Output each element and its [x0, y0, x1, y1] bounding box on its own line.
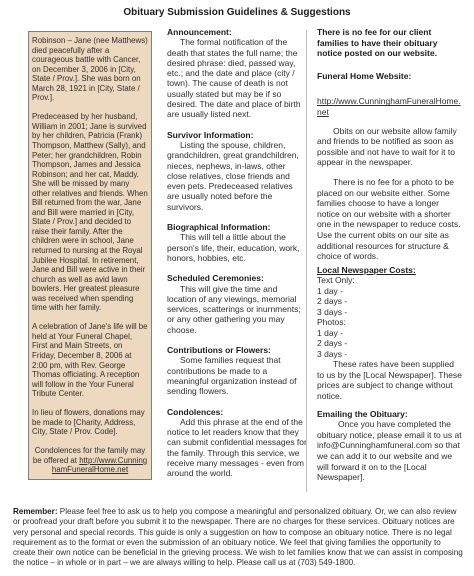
cost-line: 1 day -	[317, 328, 463, 339]
cost-line: 3 days -	[317, 349, 463, 360]
cost-line: 3 days -	[317, 307, 463, 318]
newspaper-costs-list: Text Only: 1 day - 2 days - 3 days - Pho…	[317, 275, 463, 359]
example-paragraph: Robinson – Jane (nee Matthews) died peac…	[32, 36, 148, 103]
footer-text: Please feel free to ask us to help you c…	[13, 507, 463, 567]
section-body: The formal notification of the death tha…	[167, 37, 307, 119]
cost-line: Photos:	[317, 317, 463, 328]
emailing-obituary-heading: Emailing the Obituary:	[317, 409, 463, 420]
obituary-guidelines-page: Obituary Submission Guidelines & Suggest…	[0, 0, 474, 576]
example-obituary-box: Robinson – Jane (nee Matthews) died peac…	[28, 31, 152, 480]
section-heading: Biographical Information:	[167, 222, 307, 232]
condolence-note-block: Condolences for the family may be offere…	[32, 446, 148, 475]
example-paragraph: In lieu of flowers, donations may be mad…	[32, 408, 148, 437]
example-paragraph: A celebration of Jane's life will be hel…	[32, 322, 148, 398]
photo-paragraph: There is no fee for a photo to be placed…	[317, 177, 463, 262]
section-heading: Survivor Information:	[167, 130, 307, 140]
section-body: Some families request that contributions…	[167, 355, 307, 396]
cost-line: 2 days -	[317, 338, 463, 349]
emailing-text: Once you have completed the obituary not…	[317, 419, 462, 440]
email-address[interactable]: info@Cunninghamfuneral.com	[317, 440, 432, 450]
local-newspaper-costs-heading: Local Newspaper Costs:	[317, 265, 463, 276]
obits-paragraph: Obits on our website allow family and fr…	[317, 126, 463, 168]
section-condolences: Condolences: Add this phrase at the end …	[167, 407, 307, 479]
rates-note: These rates have been supplied to us by …	[317, 359, 463, 401]
no-fee-intro: There is no fee for our client families …	[317, 27, 463, 59]
section-heading: Contributions or Flowers:	[167, 345, 307, 355]
column-divider	[306, 30, 307, 492]
section-body: This will give the time and location of …	[167, 284, 307, 335]
cost-line: 2 days -	[317, 296, 463, 307]
cost-line: 1 day -	[317, 286, 463, 297]
remember-label: Remember:	[13, 507, 58, 516]
section-heading: Announcement:	[167, 27, 307, 37]
funeral-home-website-link[interactable]: http://www.CunninghamFuneralHome.net	[317, 96, 463, 117]
section-heading: Condolences:	[167, 407, 307, 417]
emailing-paragraph: Once you have completed the obituary not…	[317, 419, 463, 483]
footer-note: Remember: Please feel free to ask us to …	[13, 507, 463, 569]
section-announcement: Announcement: The formal notification of…	[167, 27, 307, 120]
page-title: Obituary Submission Guidelines & Suggest…	[0, 7, 474, 18]
funeral-home-website-heading: Funeral Home Website:	[317, 71, 463, 82]
section-contributions-or-flowers: Contributions or Flowers: Some families …	[167, 345, 307, 396]
guidelines-column: Announcement: The formal notification of…	[167, 27, 307, 489]
section-body: Add this phrase at the end of the notice…	[167, 417, 307, 479]
section-biographical-information: Biographical Information: This will tell…	[167, 222, 307, 263]
section-heading: Scheduled Ceremonies:	[167, 273, 307, 283]
section-scheduled-ceremonies: Scheduled Ceremonies: This will give the…	[167, 273, 307, 335]
example-paragraph: Predeceased by her husband, William in 2…	[32, 112, 148, 312]
section-body: This will tell a little about the person…	[167, 232, 307, 263]
cost-line: Text Only:	[317, 275, 463, 286]
section-survivor-information: Survivor Information: Listing the spouse…	[167, 130, 307, 212]
info-column: There is no fee for our client families …	[317, 27, 463, 483]
section-body: Listing the spouse, children, grandchild…	[167, 140, 307, 212]
